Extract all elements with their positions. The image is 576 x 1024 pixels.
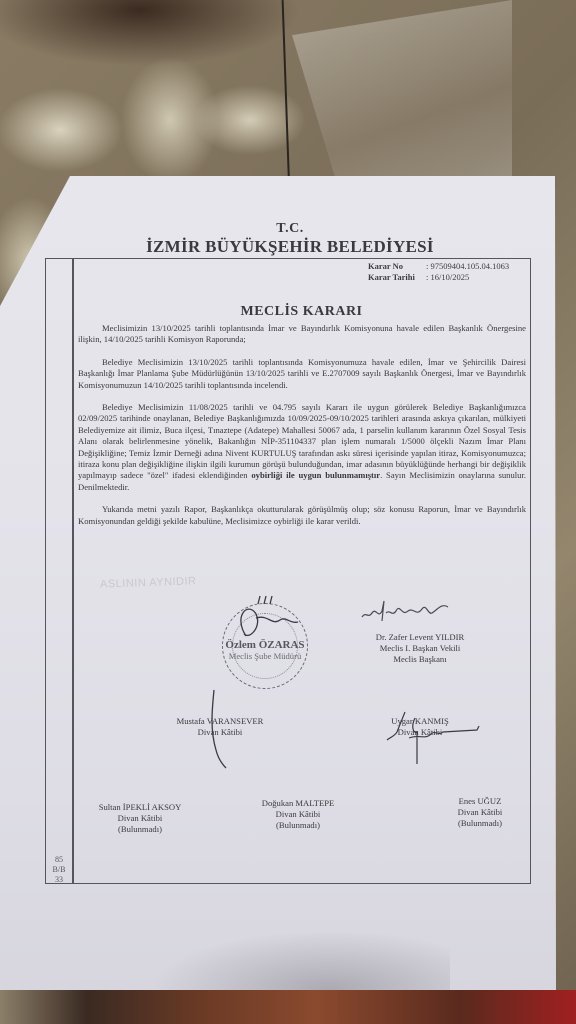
hand-shadow — [150, 930, 450, 990]
decision-no-label: Karar No — [368, 261, 426, 272]
president-role-2: Meclis Başkanı — [360, 654, 480, 665]
clerk2-name: Uygar KANMIŞ — [365, 716, 475, 727]
clerk4-name: Doğukan MALTEPE — [238, 798, 358, 809]
clerk1-signatory: Mustafa VARANSEVER Divan Kâtibi — [160, 716, 280, 738]
clerk3-name: Sultan İPEKLİ AKSOY — [75, 802, 205, 813]
margin-divider — [72, 258, 74, 884]
clerk5-name: Enes UĞUZ — [435, 796, 525, 807]
decision-no: : 97509404.105.04.1063 — [426, 261, 509, 271]
plastic-sleeve — [292, 0, 512, 195]
paragraph-2: Belediye Meclisimizin 13/10/2025 tarihli… — [78, 357, 526, 391]
clerk4-signatory: Doğukan MALTEPE Divan Kâtibi (Bulunmadı) — [238, 798, 358, 831]
paragraph-4: Yukarıda metni yazılı Rapor, Başkanlıkça… — [78, 504, 526, 527]
paragraph-3-verdict: oybirliği ile uygun bulunmamıştır — [251, 470, 380, 480]
clerk5-status: (Bulunmadı) — [435, 818, 525, 829]
clerk2-role: Divan Kâtibi — [365, 727, 475, 738]
country-abbr: T.C. — [140, 221, 440, 237]
president-signature-icon — [360, 597, 470, 625]
paragraph-3-text: Belediye Meclisimizin 11/08/2025 tarihli… — [78, 402, 526, 480]
margin-note-1: 85 — [46, 855, 72, 865]
seal-title: Meclis Şube Müdürü — [212, 651, 318, 662]
document-header: T.C. İZMİR BÜYÜKŞEHİR BELEDİYESİ — [140, 221, 440, 257]
paragraph-3: Belediye Meclisimizin 11/08/2025 tarihli… — [78, 402, 526, 493]
clerk4-status: (Bulunmadı) — [238, 820, 358, 831]
document-title: MECLİS KARARI — [72, 304, 531, 320]
seal-signature-icon — [228, 596, 308, 646]
decision-date-label: Karar Tarihi — [368, 272, 426, 283]
decision-meta: Karar No: 97509404.105.04.1063 Karar Tar… — [368, 261, 509, 283]
president-signatory: Dr. Zafer Levent YILDIR Meclis I. Başkan… — [360, 632, 480, 665]
margin-initials: 85 B/B 33 — [46, 855, 72, 885]
clerk4-role: Divan Kâtibi — [238, 809, 358, 820]
margin-note-3: 33 — [46, 875, 72, 885]
clerk5-role: Divan Kâtibi — [435, 807, 525, 818]
clerk1-role: Divan Kâtibi — [160, 727, 280, 738]
margin-note-2: B/B — [46, 865, 72, 875]
clerk5-signatory: Enes UĞUZ Divan Kâtibi (Bulunmadı) — [435, 796, 525, 829]
clerk3-status: (Bulunmadı) — [75, 824, 205, 835]
clerk3-role: Divan Kâtibi — [75, 813, 205, 824]
president-name: Dr. Zafer Levent YILDIR — [360, 632, 480, 643]
background-objects — [0, 990, 576, 1024]
organization-name: İZMİR BÜYÜKŞEHİR BELEDİYESİ — [140, 237, 440, 257]
president-role-1: Meclis I. Başkan Vekili — [360, 643, 480, 654]
document-body: Meclisimizin 13/10/2025 tarihli toplantı… — [78, 323, 526, 538]
clerk3-signatory: Sultan İPEKLİ AKSOY Divan Kâtibi (Bulunm… — [75, 802, 205, 835]
table-tile-seam — [282, 0, 291, 195]
clerk1-name: Mustafa VARANSEVER — [160, 716, 280, 727]
clerk2-signatory: Uygar KANMIŞ Divan Kâtibi — [365, 716, 475, 738]
paragraph-1: Meclisimizin 13/10/2025 tarihli toplantı… — [78, 323, 526, 346]
decision-date: : 16/10/2025 — [426, 272, 469, 282]
